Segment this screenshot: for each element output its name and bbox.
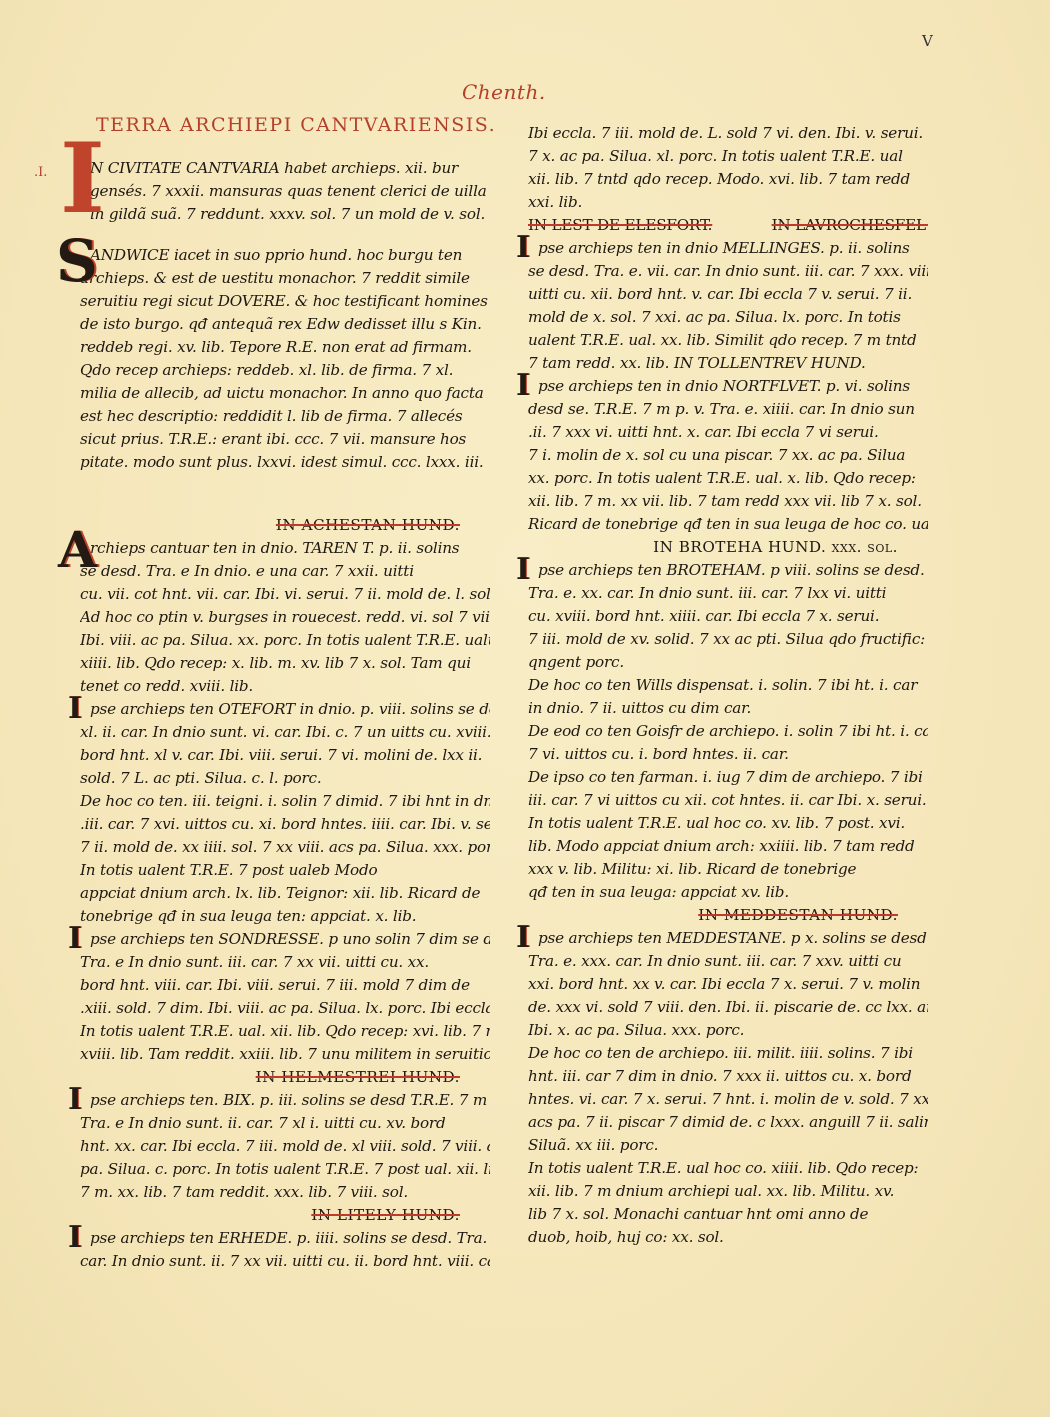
decorated-initial-I: I — [516, 371, 530, 401]
text-line: pse archieps ten OTEFORT in dnio. p. vii… — [80, 698, 490, 721]
text-line: pse archieps ten ERHEDE. p. iiii. solins… — [80, 1227, 490, 1250]
manuscript-page: V Chenth. TERRA ARCHIEPI CANTVARIENSIS. … — [0, 0, 1050, 1417]
text-line: 7 m. xx. lib. 7 tam reddit. xxx. lib. 7 … — [80, 1181, 490, 1204]
text-line: duob, hoib, huj co: xx. sol. — [528, 1226, 928, 1249]
entry-erhede-cont: Ibi eccla. 7 iii. mold de. L. sold 7 vi.… — [528, 122, 928, 214]
text-line: pse archieps ten in dnio MELLINGES. p. i… — [528, 237, 928, 260]
decorated-initial-S: S — [56, 232, 98, 290]
text-line: seruitiu regi sicut DOVERE. & hoc testif… — [80, 290, 490, 313]
text-line: sicut prius. T.R.E.: erant ibi. ccc. 7 v… — [80, 428, 490, 451]
text-line: De eod co ten Goisfr de archiepo. i. sol… — [528, 720, 928, 743]
text-line: acs pa. 7 ii. piscar 7 dimid de. c lxxx.… — [528, 1111, 928, 1134]
text-line: cu. vii. cot hnt. vii. car. Ibi. vi. ser… — [80, 583, 490, 606]
text-line: mold de x. sol. 7 xxi. ac pa. Silua. lx.… — [528, 306, 928, 329]
text-line: ualent T.R.E. ual. xx. lib. Similit qdo … — [528, 329, 928, 352]
text-line: xii. lib. 7 m. xx vii. lib. 7 tam redd x… — [528, 490, 928, 513]
chapter-rubric: TERRA ARCHIEPI CANTVARIENSIS. — [96, 114, 496, 136]
hundred-heading-pair: IN LEST DE ELESFORT. IN LAVROCHESFEL HUN… — [528, 214, 928, 237]
text-line: ANDWICE iacet in suo pprio hund. hoc bur… — [80, 244, 490, 267]
decorated-initial-I: I — [68, 924, 82, 954]
text-line: sold. 7 L. ac pti. Silua. c. l. porc. — [80, 767, 490, 790]
entry-helmestrei: IN HELMESTREI HUND. I pse archieps ten. … — [80, 1066, 490, 1204]
text-line: de. xxx vi. sold 7 viii. den. Ibi. ii. p… — [528, 996, 928, 1019]
text-line: xxi. bord hnt. xx v. car. Ibi eccla 7 x.… — [528, 973, 928, 996]
text-line: uitti cu. xii. bord hnt. v. car. Ibi ecc… — [528, 283, 928, 306]
entry-broteham: I pse archieps ten BROTEHAM. p viii. sol… — [528, 559, 928, 674]
text-line: xviii. lib. Tam reddit. xxiii. lib. 7 un… — [80, 1043, 490, 1066]
decorated-initial-I: I — [68, 1085, 82, 1115]
text-line: Qdo recep archieps: reddeb. xl. lib. de … — [80, 359, 490, 382]
text-line: In totis ualent T.R.E. 7 post ualeb Modo — [80, 859, 490, 882]
text-line: qngent porc. — [528, 651, 928, 674]
decorated-initial-I: I — [60, 131, 105, 227]
hundred-heading: IN ACHESTAN HUND. — [80, 514, 490, 537]
text-line: appciat dnium arch. lx. lib. Teignor: xi… — [80, 882, 490, 905]
text-line: xxi. lib. — [528, 191, 928, 214]
entry-otefort-subtenants: De hoc co ten. iii. teigni. i. solin 7 d… — [80, 790, 490, 928]
decorated-initial-A: A — [58, 525, 97, 575]
entry-sondresse: I pse archieps ten SONDRESSE. p uno soli… — [80, 928, 490, 1066]
entry-otefort: I pse archieps ten OTEFORT in dnio. p. v… — [80, 698, 490, 790]
text-line: in dnio. 7 ii. uittos cu dim car. — [528, 697, 928, 720]
text-line: hnt. iii. car 7 dim in dnio. 7 xxx ii. u… — [528, 1065, 928, 1088]
text-line: bord hnt. xl v. car. Ibi. viii. serui. 7… — [80, 744, 490, 767]
text-line: 7 x. ac pa. Silua. xl. porc. In totis ua… — [528, 145, 928, 168]
text-line: 7 iii. mold de xv. solid. 7 xx ac pti. S… — [528, 628, 928, 651]
text-line: In totis ualent T.R.E. ual. xii. lib. Qd… — [80, 1020, 490, 1043]
text-line: pse archieps ten SONDRESSE. p uno solin … — [80, 928, 490, 951]
text-line: est hec descriptio: reddidit l. lib de f… — [80, 405, 490, 428]
text-line: pse archieps ten in dnio NORTFLVET. p. v… — [528, 375, 928, 398]
entry-meddestane-subtenants: De hoc co ten de archiepo. iii. milit. i… — [528, 1042, 928, 1249]
text-line: De hoc co ten de archiepo. iii. milit. i… — [528, 1042, 928, 1065]
text-line: tonebrige qđ in sua leuga ten: appciat. … — [80, 905, 490, 928]
text-line: rchieps cantuar ten in dnio. TAREN T. p.… — [80, 537, 490, 560]
left-column: .I. I N CIVITATE CANTVARIA habet archiep… — [80, 157, 490, 1273]
text-line: 7 ii. mold de. xx iiii. sol. 7 xx viii. … — [80, 836, 490, 859]
text-line: De hoc co ten Wills dispensat. i. solin.… — [528, 674, 928, 697]
text-line: 7 i. molin de x. sol cu una piscar. 7 xx… — [528, 444, 928, 467]
text-line: iii. car. 7 vi uittos cu xii. cot hntes.… — [528, 789, 928, 812]
text-line: pse archieps ten. BIX. p. iii. solins se… — [80, 1089, 490, 1112]
text-line: In totis ualent T.R.E. ual hoc co. xv. l… — [528, 812, 928, 835]
right-column: Ibi eccla. 7 iii. mold de. L. sold 7 vi.… — [528, 122, 928, 1249]
text-line: milia de allecib, ad uictu monachor. In … — [80, 382, 490, 405]
entry-litely: IN LITELY HUND. I pse archieps ten ERHED… — [80, 1204, 490, 1273]
text-line: bord hnt. viii. car. Ibi. viii. serui. 7… — [80, 974, 490, 997]
text-line: xxx v. lib. Militu: xi. lib. Ricard de t… — [528, 858, 928, 881]
text-line: reddeb regi. xv. lib. Tepore R.E. non er… — [80, 336, 490, 359]
entry-achestan: IN ACHESTAN HUND. A rchieps cantuar ten … — [80, 514, 490, 698]
text-line: xii. lib. 7 m dnium archiepi ual. xx. li… — [528, 1180, 928, 1203]
text-line: tenet co redd. xviii. lib. — [80, 675, 490, 698]
text-line: se desd. Tra. e. vii. car. In dnio sunt.… — [528, 260, 928, 283]
text-line: .xiii. sold. 7 dim. Ibi. viii. ac pa. Si… — [80, 997, 490, 1020]
text-line: Ad hoc co ptin v. burgses in rouecest. r… — [80, 606, 490, 629]
entry-mellinges: IN LEST DE ELESFORT. IN LAVROCHESFEL HUN… — [528, 214, 928, 375]
text-line: pitate. modo sunt plus. lxxvi. idest sim… — [80, 451, 490, 474]
text-line: gensés. 7 xxxii. mansuras quas tenent cl… — [80, 180, 490, 203]
text-line: de isto burgo. qđ antequã rex Edw dediss… — [80, 313, 490, 336]
text-line: hnt. xx. car. Ibi eccla. 7 iii. mold de.… — [80, 1135, 490, 1158]
text-line: desd se. T.R.E. 7 m p. v. Tra. e. xiiii.… — [528, 398, 928, 421]
text-line: 7 vi. uittos cu. i. bord hntes. ii. car. — [528, 743, 928, 766]
hundred-heading: IN MEDDESTAN HUND. — [528, 904, 928, 927]
text-line: pse archieps ten BROTEHAM. p viii. solin… — [528, 559, 928, 582]
entry-meddestane: IN MEDDESTAN HUND. I pse archieps ten ME… — [528, 904, 928, 1042]
text-line: In totis ualent T.R.E. ual hoc co. xiiii… — [528, 1157, 928, 1180]
text-line: qđ ten in sua leuga: appciat xv. lib. — [528, 881, 928, 904]
text-line: xx. porc. In totis ualent T.R.E. ual. x.… — [528, 467, 928, 490]
entry-canterbury: .I. I N CIVITATE CANTVARIA habet archiep… — [80, 157, 490, 226]
county-heading: Chenth. — [462, 80, 546, 104]
decorated-initial-I: I — [516, 923, 530, 953]
lathe-heading: IN LEST DE ELESFORT. — [528, 216, 712, 234]
text-line: Ibi. viii. ac pa. Silua. xx. porc. In to… — [80, 629, 490, 652]
text-line: car. In dnio sunt. ii. 7 xx vii. uitti c… — [80, 1250, 490, 1273]
text-line: lib. Modo appciat dnium arch: xxiiii. li… — [528, 835, 928, 858]
text-line: De ipso co ten farman. i. iug 7 dim de a… — [528, 766, 928, 789]
text-line: .ii. 7 xxx vi. uitti hnt. x. car. Ibi ec… — [528, 421, 928, 444]
text-line: Tra. e. xxx. car. In dnio sunt. iii. car… — [528, 950, 928, 973]
text-line: pse archieps ten MEDDESTANE. p x. solins… — [528, 927, 928, 950]
hundred-heading: IN HELMESTREI HUND. — [80, 1066, 490, 1089]
folio-number: V — [922, 32, 933, 50]
text-line: archieps. & est de uestitu monachor. 7 r… — [80, 267, 490, 290]
text-line: Ibi eccla. 7 iii. mold de. L. sold 7 vi.… — [528, 122, 928, 145]
entry-nortfluet: I pse archieps ten in dnio NORTFLVET. p.… — [528, 375, 928, 559]
decorated-initial-I: I — [516, 555, 530, 585]
text-line: xiiii. lib. Qdo recep: x. lib. m. xv. li… — [80, 652, 490, 675]
text-line: cu. xviii. bord hnt. xiiii. car. Ibi ecc… — [528, 605, 928, 628]
text-line: pa. Silua. c. porc. In totis ualent T.R.… — [80, 1158, 490, 1181]
decorated-initial-I: I — [68, 1223, 82, 1253]
text-line: Ricard de tonebrige qđ ten in sua leuga … — [528, 513, 928, 536]
text-line: 7 tam redd. xx. lib. IN TOLLENTREV HUND. — [528, 352, 928, 375]
text-line: xii. lib. 7 tntd qdo recep. Modo. xvi. l… — [528, 168, 928, 191]
text-line: Ibi. x. ac pa. Silua. xxx. porc. — [528, 1019, 928, 1042]
text-line: lib 7 x. sol. Monachi cantuar hnt omi an… — [528, 1203, 928, 1226]
entry-broteham-subtenants: De hoc co ten Wills dispensat. i. solin.… — [528, 674, 928, 904]
text-line: .iii. car. 7 xvi. uittos cu. xi. bord hn… — [80, 813, 490, 836]
text-line: se desd. Tra. e In dnio. e una car. 7 xx… — [80, 560, 490, 583]
text-line: Tra. e. xx. car. In dnio sunt. iii. car.… — [528, 582, 928, 605]
hundred-heading-with-value: IN BROTEHA HUND. xxx. sol. — [528, 536, 928, 559]
text-line: De hoc co ten. iii. teigni. i. solin 7 d… — [80, 790, 490, 813]
text-line: N CIVITATE CANTVARIA habet archieps. xii… — [80, 157, 490, 180]
text-line: hntes. vi. car. 7 x. serui. 7 hnt. i. mo… — [528, 1088, 928, 1111]
text-line: Siluã. xx iii. porc. — [528, 1134, 928, 1157]
hundred-heading: IN LITELY HUND. — [80, 1204, 490, 1227]
entry-sandwich: S ANDWICE iacet in suo pprio hund. hoc b… — [80, 244, 490, 474]
decorated-initial-I: I — [68, 694, 82, 724]
hundred-heading: IN LAVROCHESFEL HUND — [772, 216, 928, 234]
margin-number: .I. — [34, 161, 47, 184]
text-line: Tra. e In dnio sunt. ii. car. 7 xl i. ui… — [80, 1112, 490, 1135]
text-line: Tra. e In dnio sunt. iii. car. 7 xx vii.… — [80, 951, 490, 974]
decorated-initial-I: I — [516, 233, 530, 263]
text-line: in gildã suã. 7 reddunt. xxxv. sol. 7 un… — [80, 203, 490, 226]
text-line: xl. ii. car. In dnio sunt. vi. car. Ibi.… — [80, 721, 490, 744]
